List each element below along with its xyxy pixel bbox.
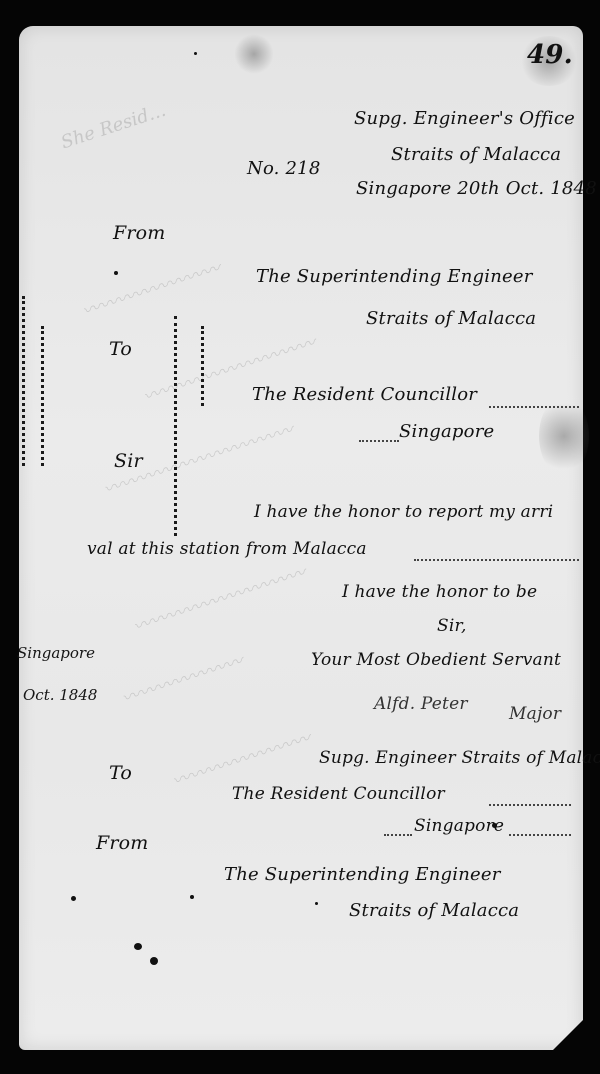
closing-line-1: I have the honor to be <box>342 582 537 602</box>
docket-to-name: The Resident Councillor <box>232 784 445 804</box>
page-number: 49. <box>527 40 573 70</box>
ink-speck <box>134 943 142 950</box>
margin-ink-marks <box>201 326 208 406</box>
letter-page: She Resid… 〰〰〰〰〰〰〰〰 〰〰〰〰〰〰〰〰〰〰 〰〰〰〰〰〰〰〰〰… <box>19 26 583 1050</box>
ink-speck <box>71 896 76 901</box>
ink-speck <box>114 271 118 275</box>
ink-blot <box>234 34 274 74</box>
to-label: To <box>109 338 132 360</box>
ink-speck <box>190 895 194 899</box>
dotted-fill-line <box>489 804 571 806</box>
docket-to-location: Singapore <box>414 816 504 836</box>
margin-note-location: Singapore <box>17 644 95 662</box>
closing-line-2: Sir, <box>437 616 467 636</box>
bleed-through-text: 〰〰〰〰〰〰〰〰〰〰 <box>129 559 308 639</box>
to-name: The Resident Councillor <box>252 384 477 405</box>
docket-from-label: From <box>96 832 149 854</box>
dotted-fill-line <box>509 834 571 836</box>
ink-speck <box>492 823 497 828</box>
dotted-fill-line <box>384 834 412 836</box>
reference-number: No. 218 <box>247 158 320 179</box>
signature-rank: Major <box>509 704 561 724</box>
office-heading: Supg. Engineer's Office <box>354 108 575 129</box>
margin-ink-marks <box>22 296 29 466</box>
signature-title: Supg. Engineer Straits of Malacca <box>319 748 600 768</box>
margin-note-date: Oct. 1848 <box>23 686 97 704</box>
letter-date: Singapore 20th Oct. 1848 <box>356 178 597 199</box>
salutation: Sir <box>114 450 143 472</box>
signature: Alfd. Peter <box>374 694 468 714</box>
from-name: The Superintending Engineer <box>256 266 533 287</box>
body-line-1: I have the honor to report my arri <box>254 502 553 522</box>
ink-blot <box>539 396 589 476</box>
ink-speck <box>194 52 197 55</box>
dotted-fill-line <box>359 440 399 442</box>
margin-ink-marks <box>41 326 48 466</box>
ink-speck <box>150 957 158 965</box>
dotted-fill-line <box>414 559 579 561</box>
bleed-through-text: She Resid… <box>58 100 168 154</box>
margin-ink-marks <box>174 316 181 536</box>
docket-from-location: Straits of Malacca <box>349 900 519 921</box>
bleed-through-text: 〰〰〰〰〰〰〰〰 <box>79 254 224 323</box>
body-line-2: val at this station from Malacca <box>87 539 367 559</box>
from-location: Straits of Malacca <box>366 308 536 329</box>
docket-from-name: The Superintending Engineer <box>224 864 501 885</box>
docket-to-label: To <box>109 762 132 784</box>
closing-line-3: Your Most Obedient Servant <box>311 650 561 670</box>
bleed-through-text: 〰〰〰〰〰〰〰 <box>118 647 246 711</box>
ink-speck <box>315 902 318 905</box>
from-label: From <box>113 222 166 244</box>
office-location: Straits of Malacca <box>391 144 561 165</box>
dotted-fill-line <box>489 406 579 408</box>
to-location: Singapore <box>399 421 494 442</box>
